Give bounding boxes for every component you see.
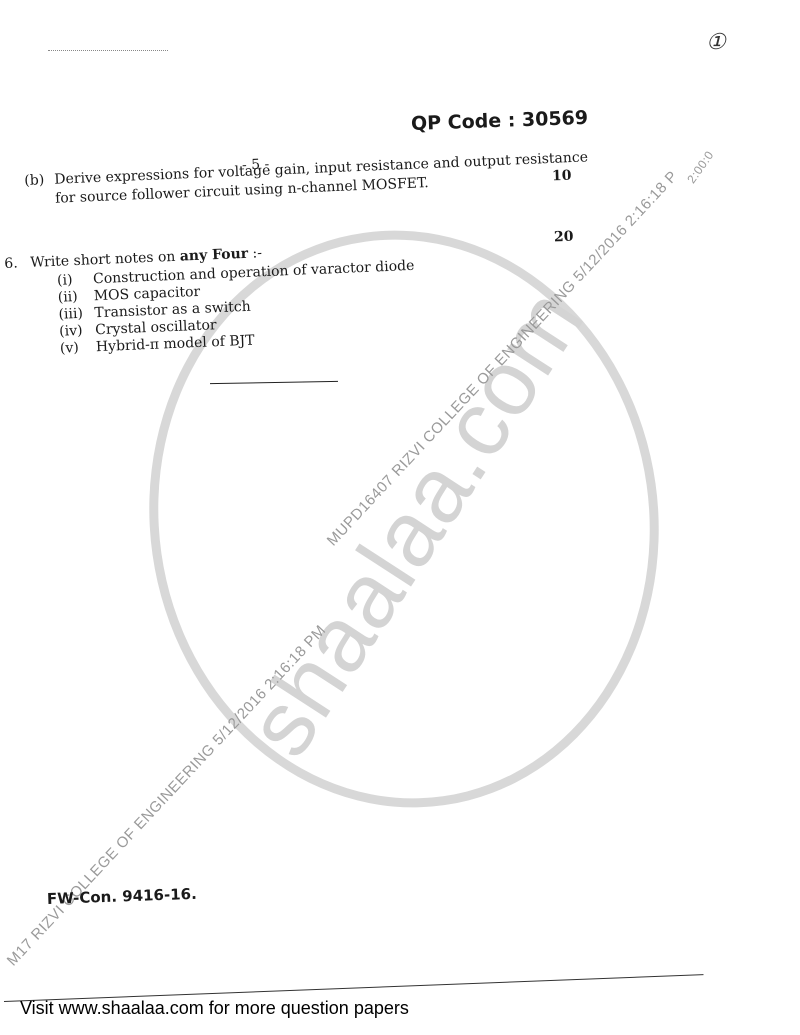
handwritten-page-mark: ① bbox=[706, 30, 726, 55]
marks-question-6: 20 bbox=[554, 229, 574, 246]
marks-part-b: 10 bbox=[552, 168, 572, 185]
question-prompt-suffix: :- bbox=[248, 245, 263, 262]
part-label: (b) bbox=[24, 171, 55, 191]
question-number: 6. bbox=[4, 254, 31, 274]
stamp-text: M17 RIZVI COLLEGE OF ENGINEERING 5/12/20… bbox=[4, 622, 330, 969]
stamp-text: 2:00:0 bbox=[684, 148, 716, 186]
reference-code: FW-Con. 9416-16. bbox=[47, 885, 197, 908]
qp-code: QP Code : 30569 bbox=[411, 107, 589, 135]
exam-page: shaalaa.com M17 RIZVI COLLEGE OF ENGINEE… bbox=[0, 0, 800, 1035]
scan-artifact bbox=[48, 50, 168, 51]
question-part-b: (b)Derive expressions for voltage gain, … bbox=[24, 149, 585, 210]
visit-shaalaa-link[interactable]: Visit www.shaalaa.com for more question … bbox=[20, 998, 409, 1019]
question-prompt-emphasis: any Four bbox=[179, 246, 248, 265]
